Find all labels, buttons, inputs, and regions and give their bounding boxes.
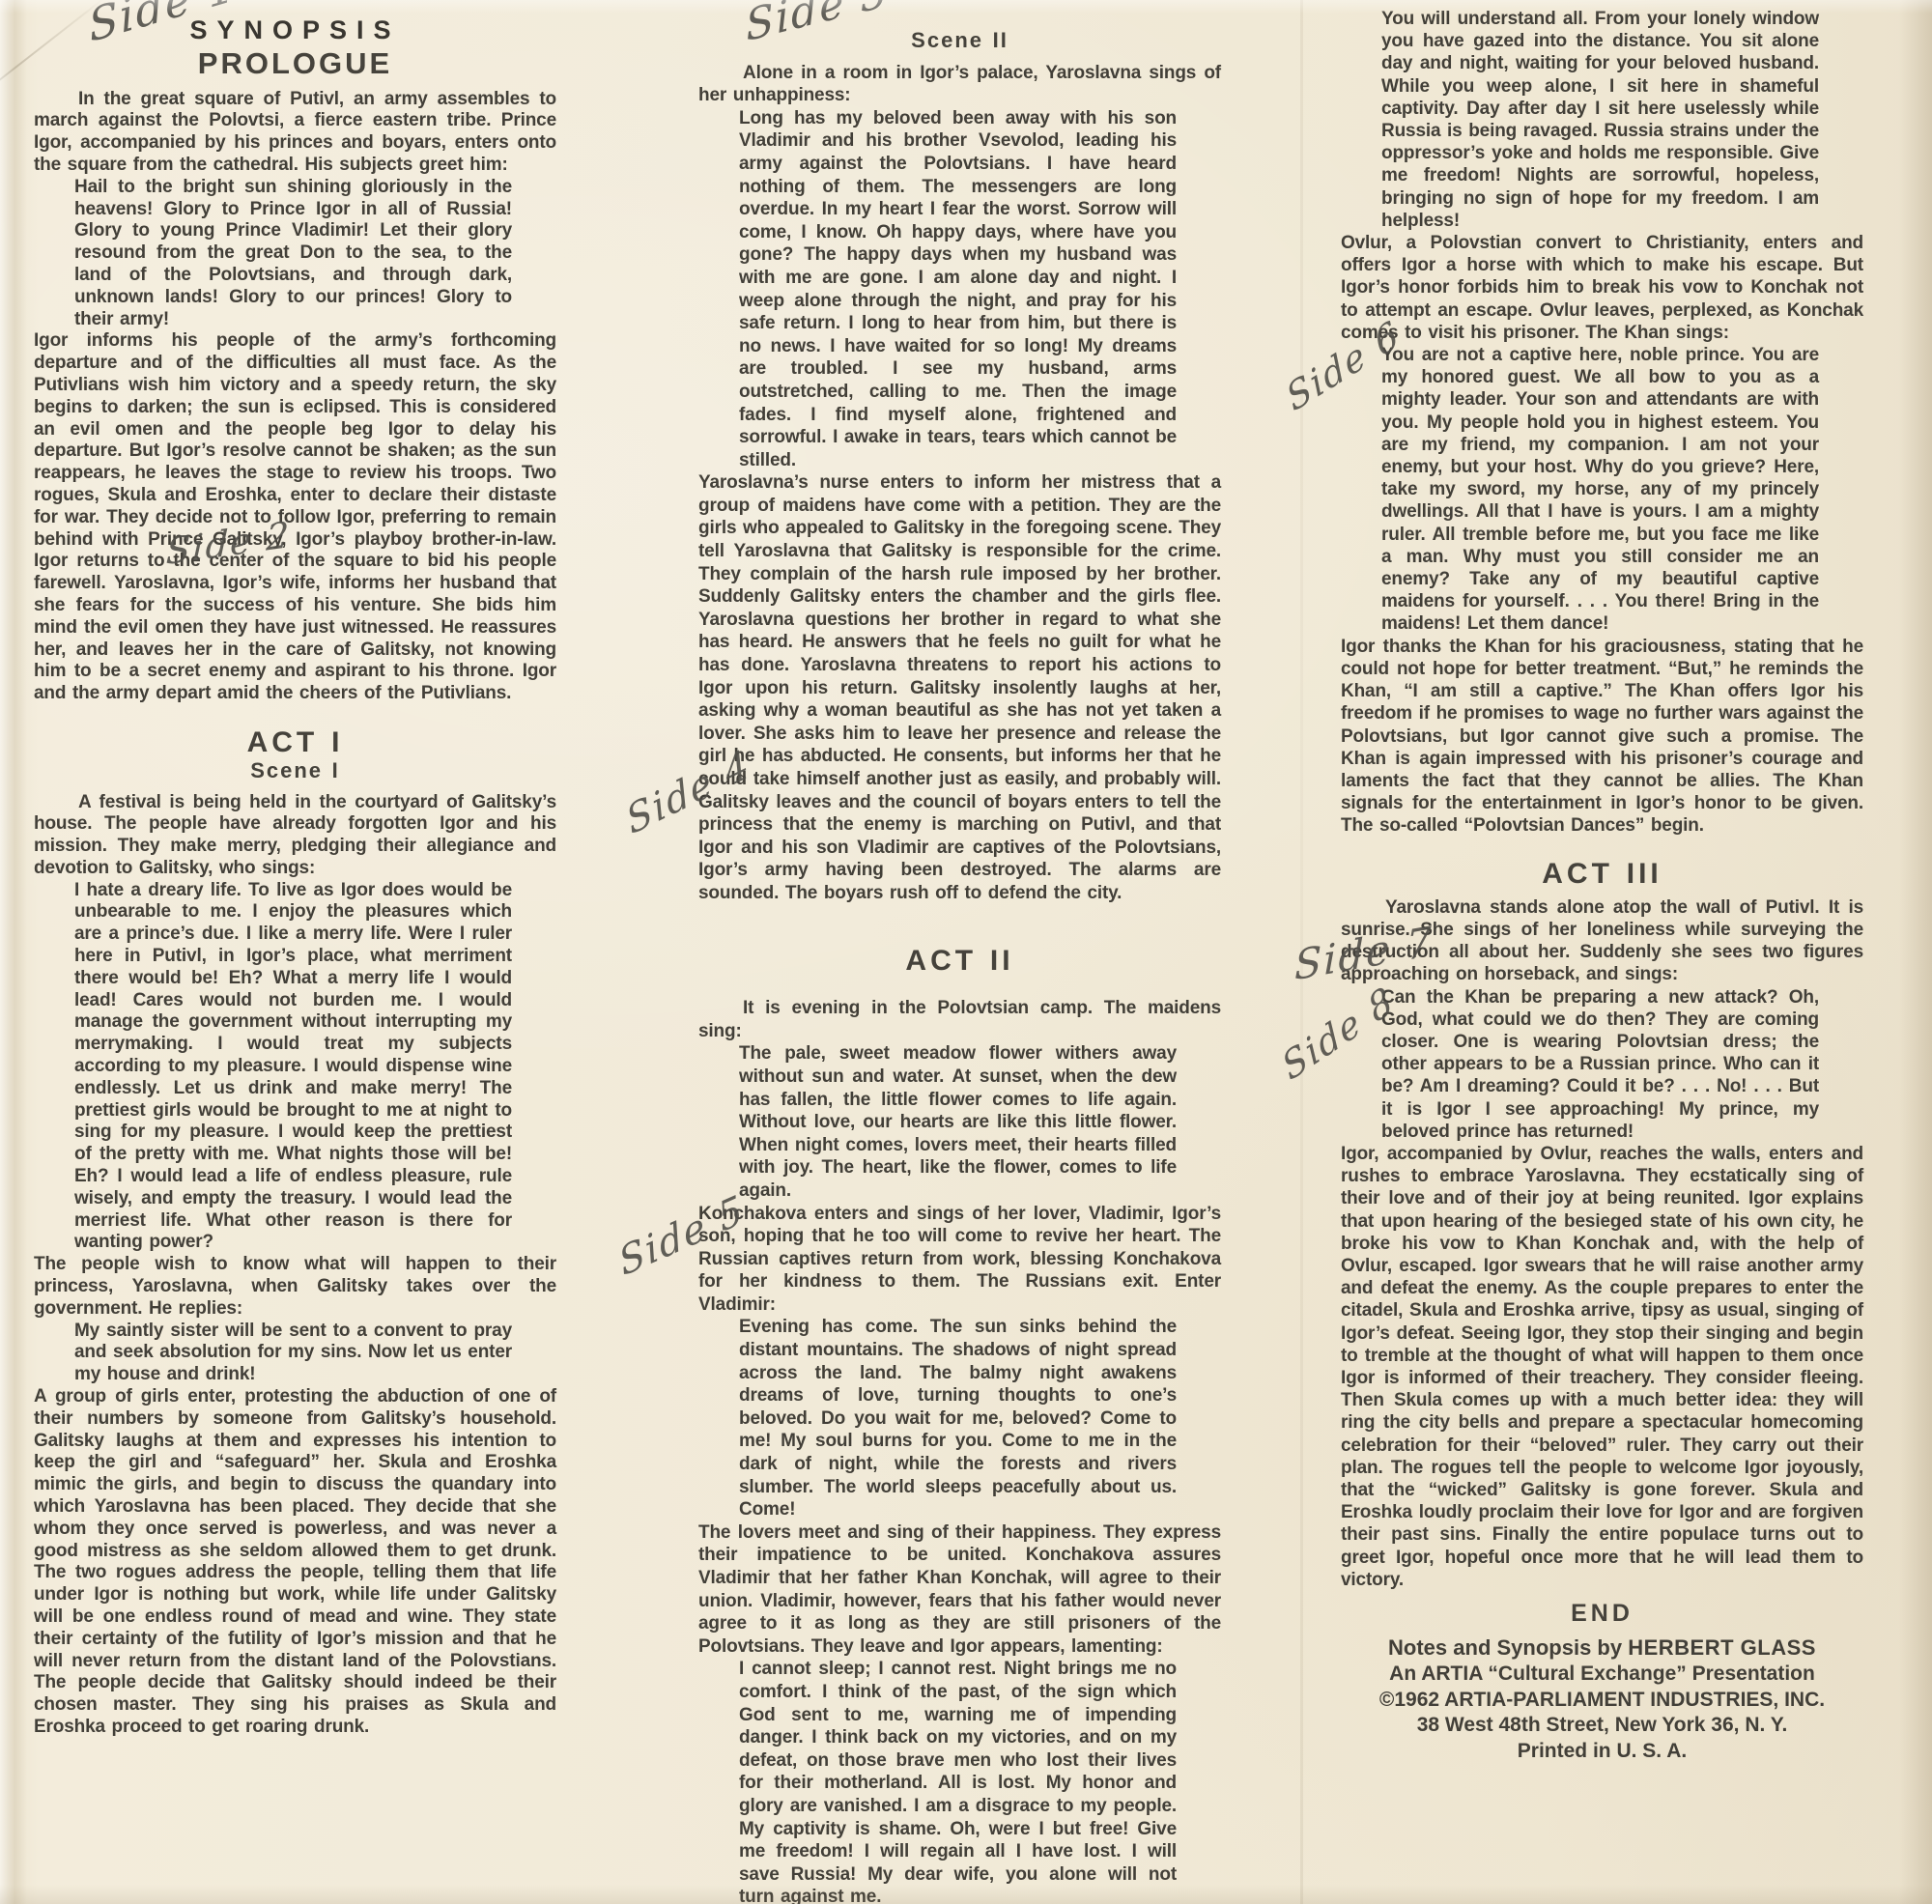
credit-printed: Printed in U. S. A.	[1341, 1739, 1863, 1765]
scene2-paragraph-2: Yaroslavna’s nurse enters to inform her …	[698, 471, 1221, 904]
act1-heading: ACT I	[34, 732, 556, 754]
igor-lament-continued-quote: You will understand all. From your lonel…	[1381, 8, 1819, 232]
prologue-paragraph-2: Igor informs his people of the army’s fo…	[34, 330, 556, 705]
finale-paragraph: Igor, accompanied by Ovlur, reaches the …	[1341, 1143, 1863, 1591]
ovlur-paragraph: Ovlur, a Polovstian convert to Christian…	[1341, 232, 1863, 344]
act1-paragraph-3: A group of girls enter, protesting the a…	[34, 1386, 556, 1739]
vladimir-song-quote: Evening has come. The sun sinks behind t…	[739, 1316, 1177, 1520]
scene2-paragraph-1: Alone in a room in Igor’s palace, Yarosl…	[698, 62, 1221, 107]
khan-song-quote: You are not a captive here, noble prince…	[1381, 344, 1819, 636]
credits-block: Notes and Synopsis by HERBERT GLASS An A…	[1341, 1634, 1863, 1764]
act2-heading: ACT II	[698, 950, 1221, 973]
yaroslavna-wall-quote: Can the Khan be preparing a new attack? …	[1381, 986, 1819, 1143]
act1-paragraph-1: A festival is being held in the courtyar…	[34, 792, 556, 880]
credit-author-name: HERBERT GLASS	[1628, 1635, 1816, 1660]
galitsky-song-quote: I hate a dreary life. To live as Igor do…	[74, 880, 512, 1255]
yaroslavna-song-quote: Long has my beloved been away with his s…	[739, 107, 1177, 472]
maidens-song-quote: The pale, sweet meadow flower withers aw…	[739, 1042, 1177, 1202]
credit-presentation: An ARTIA “Cultural Exchange” Presentatio…	[1341, 1662, 1863, 1688]
column-act3-credits: You will understand all. From your lonel…	[1341, 8, 1863, 1764]
scan-edge-left	[0, 0, 27, 1904]
end-marker: END	[1341, 1603, 1863, 1625]
scan-edge-right	[1899, 0, 1932, 1904]
act2-paragraph-1: It is evening in the Polovtsian camp. Th…	[698, 997, 1221, 1042]
khan-thanks-paragraph: Igor thanks the Khan for his graciousnes…	[1341, 636, 1863, 838]
column-scene2-act2: Scene II Alone in a room in Igor’s palac…	[698, 0, 1221, 1904]
prologue-heading: PROLOGUE	[34, 53, 556, 75]
credit-byline: Notes and Synopsis by HERBERT GLASS	[1341, 1634, 1863, 1662]
act2-paragraph-3: The lovers meet and sing of their happin…	[698, 1521, 1221, 1659]
prologue-paragraph-1: In the great square of Putivl, an army a…	[34, 89, 556, 177]
igor-lament-quote: I cannot sleep; I cannot rest. Night bri…	[739, 1658, 1177, 1904]
credit-byline-prefix: Notes and Synopsis by	[1388, 1635, 1628, 1660]
act1-paragraph-2: The people wish to know what will happen…	[34, 1254, 556, 1320]
act3-heading: ACT III	[1341, 863, 1863, 885]
column-prologue-act1: SYNOPSIS PROLOGUE In the great square of…	[34, 19, 556, 1739]
act2-paragraph-2: Konchakova enters and sings of her lover…	[698, 1203, 1221, 1317]
credit-address: 38 West 48th Street, New York 36, N. Y.	[1341, 1713, 1863, 1739]
galitsky-reply-quote: My saintly sister will be sent to a conv…	[74, 1321, 512, 1386]
album-liner-notes-page: SYNOPSIS PROLOGUE In the great square of…	[0, 0, 1932, 1904]
credit-copyright: ©1962 ARTIA-PARLIAMENT INDUSTRIES, INC.	[1341, 1688, 1863, 1714]
hail-chorus-quote: Hail to the bright sun shining gloriousl…	[74, 177, 512, 331]
scene1-heading: Scene I	[34, 760, 556, 782]
